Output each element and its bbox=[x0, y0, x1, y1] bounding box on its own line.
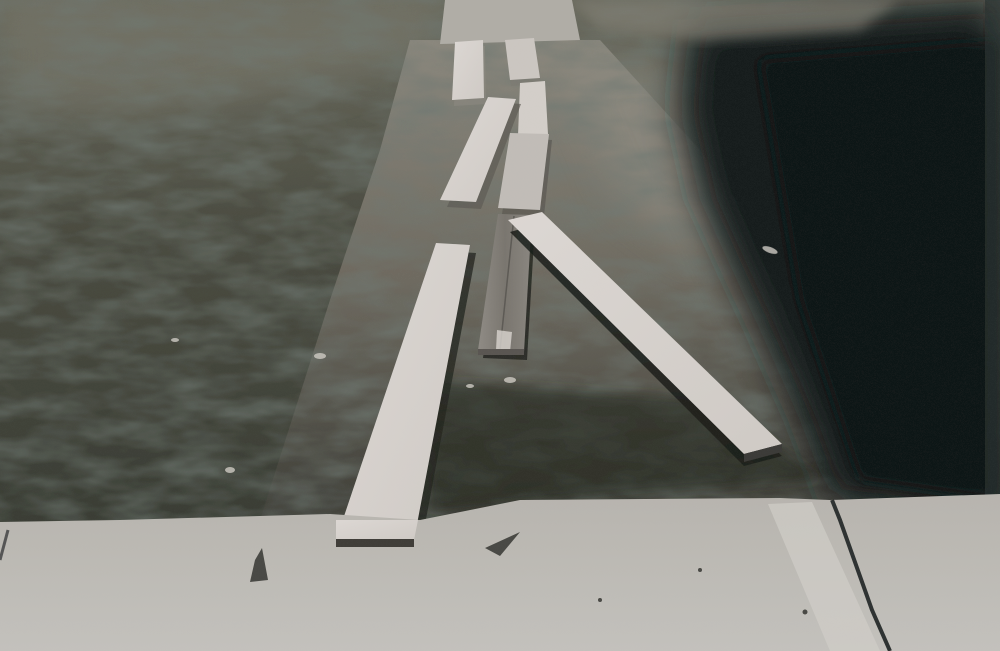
far-sidewalk bbox=[440, 0, 580, 44]
photograph: Black-and-white style film photograph of… bbox=[0, 0, 1000, 651]
plank-top-left bbox=[452, 40, 486, 106]
plank-middle-right-upper bbox=[518, 81, 548, 136]
scene bbox=[0, 0, 1000, 651]
